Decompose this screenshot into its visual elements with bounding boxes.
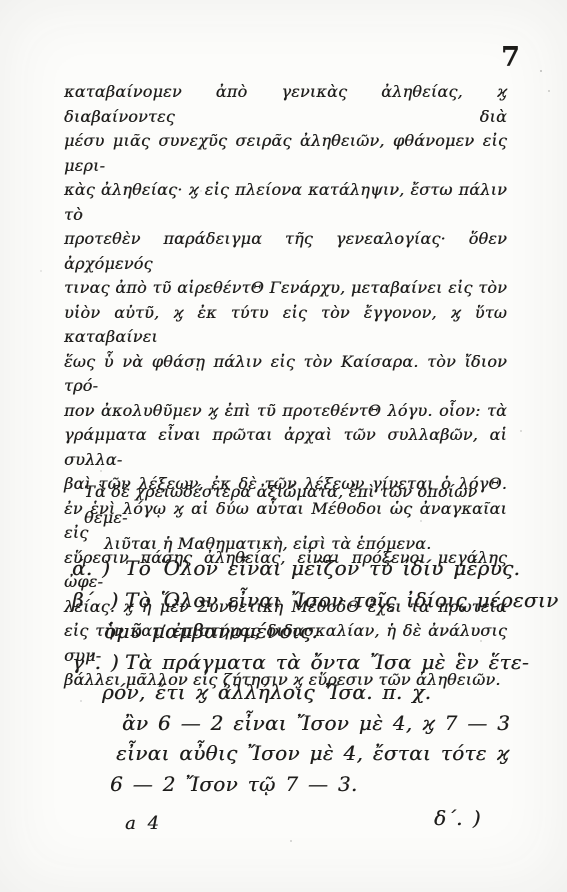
body-line: πον ἀκολυθῦμεν ϗ ἐπὶ τῦ προτεθέντΘ λόγυ.… bbox=[64, 399, 507, 424]
book-page-scan: 7 καταβαίνομεν ἀπὸ γενικὰς ἀληθείας, ϗ δ… bbox=[0, 0, 567, 892]
body-line: τινας ἀπὸ τῦ αἱρεθέντΘ Γενάρχυ, μεταβαίν… bbox=[64, 276, 507, 301]
axiom-text: Τὸ Ὅλον εἶναι μεῖζον τῦ ἰδίυ μέρυς. bbox=[125, 556, 520, 580]
intro-line: Τὰ δὲ χρειωδέστερα ἀξιώματα, ἐπὶ τῶν ὁπο… bbox=[84, 479, 484, 531]
axiom-gamma-example-line: εἶναι αὖθις Ἴσον μὲ 4, ἔσται τότε ϗ bbox=[116, 741, 509, 765]
intro-line: λιῦται ἡ Μαθηματικὴ, εἰσὶ τὰ ἑπόμενα. bbox=[104, 531, 484, 557]
body-line: ἕως ὗ νὰ φθάσῃ πάλιν εἰς τὸν Καίσαρα. τὸ… bbox=[64, 350, 507, 399]
axiom-text: Τὰ πράγματα τὰ ὄντα Ἴσα μὲ ἓν ἕτε- bbox=[125, 650, 529, 674]
axiom-gamma-example-line: ἂν 6 — 2 εἶναι Ἴσον μὲ 4, ϗ 7 — 3 bbox=[122, 711, 510, 735]
axiom-alpha-line: ά. )Τὸ Ὅλον εἶναι μεῖζον τῦ ἰδίυ μέρυς. bbox=[72, 556, 520, 580]
axiom-text: Τὸ Ὅλον εἶναι Ἴσον τοῖς ἰδίοις μέρεσιν bbox=[125, 588, 558, 612]
axiom-gamma-line: γ΄. )Τὰ πράγματα τὰ ὄντα Ἴσα μὲ ἓν ἕτε- bbox=[72, 650, 529, 674]
scan-noise bbox=[540, 70, 542, 72]
axiom-gamma-example-line: 6 — 2 Ἴσον τῷ 7 — 3. bbox=[110, 772, 358, 796]
body-line: προτεθὲν παράδειγμα τῆς γενεαλογίας· ὅθε… bbox=[64, 227, 507, 276]
axiom-label-alpha: ά. ) bbox=[72, 556, 125, 580]
body-line: υἱὸν αὐτῦ, ϗ ἐκ τύτυ εἰς τὸν ἔγγονον, ϗ … bbox=[64, 301, 507, 350]
axioms-intro-paragraph: Τὰ δὲ χρειωδέστερα ἀξιώματα, ἐπὶ τῶν ὁπο… bbox=[84, 479, 484, 557]
body-line: καταβαίνομεν ἀπὸ γενικὰς ἀληθείας, ϗ δια… bbox=[64, 80, 507, 129]
signature-mark: a 4 bbox=[125, 813, 159, 834]
axiom-beta-line: β΄. )Τὸ Ὅλον εἶναι Ἴσον τοῖς ἰδίοις μέρε… bbox=[72, 588, 558, 612]
axiom-label-beta: β΄. ) bbox=[72, 588, 125, 612]
page-number: 7 bbox=[501, 42, 521, 73]
body-line: μέσυ μιᾶς συνεχῦς σειρᾶς ἀληθειῶν, φθάνο… bbox=[64, 129, 507, 178]
axiom-beta-continuation: ὁμῦ μαμβανομένοις. bbox=[104, 619, 318, 643]
catchword: δ΄. ) bbox=[434, 806, 481, 830]
body-line: γράμματα εἶναι πρῶται ἀρχαὶ τῶν συλλαβῶν… bbox=[64, 423, 507, 472]
axiom-gamma-continuation: ρόν, ἔτι ϗ ἀλλήλοις Ἴσα. π. χ. bbox=[102, 680, 431, 704]
body-line: κὰς ἀληθείας· ϗ εἰς πλείονα κατάληψιν, ἔ… bbox=[64, 178, 507, 227]
axiom-label-gamma: γ΄. ) bbox=[72, 650, 125, 674]
